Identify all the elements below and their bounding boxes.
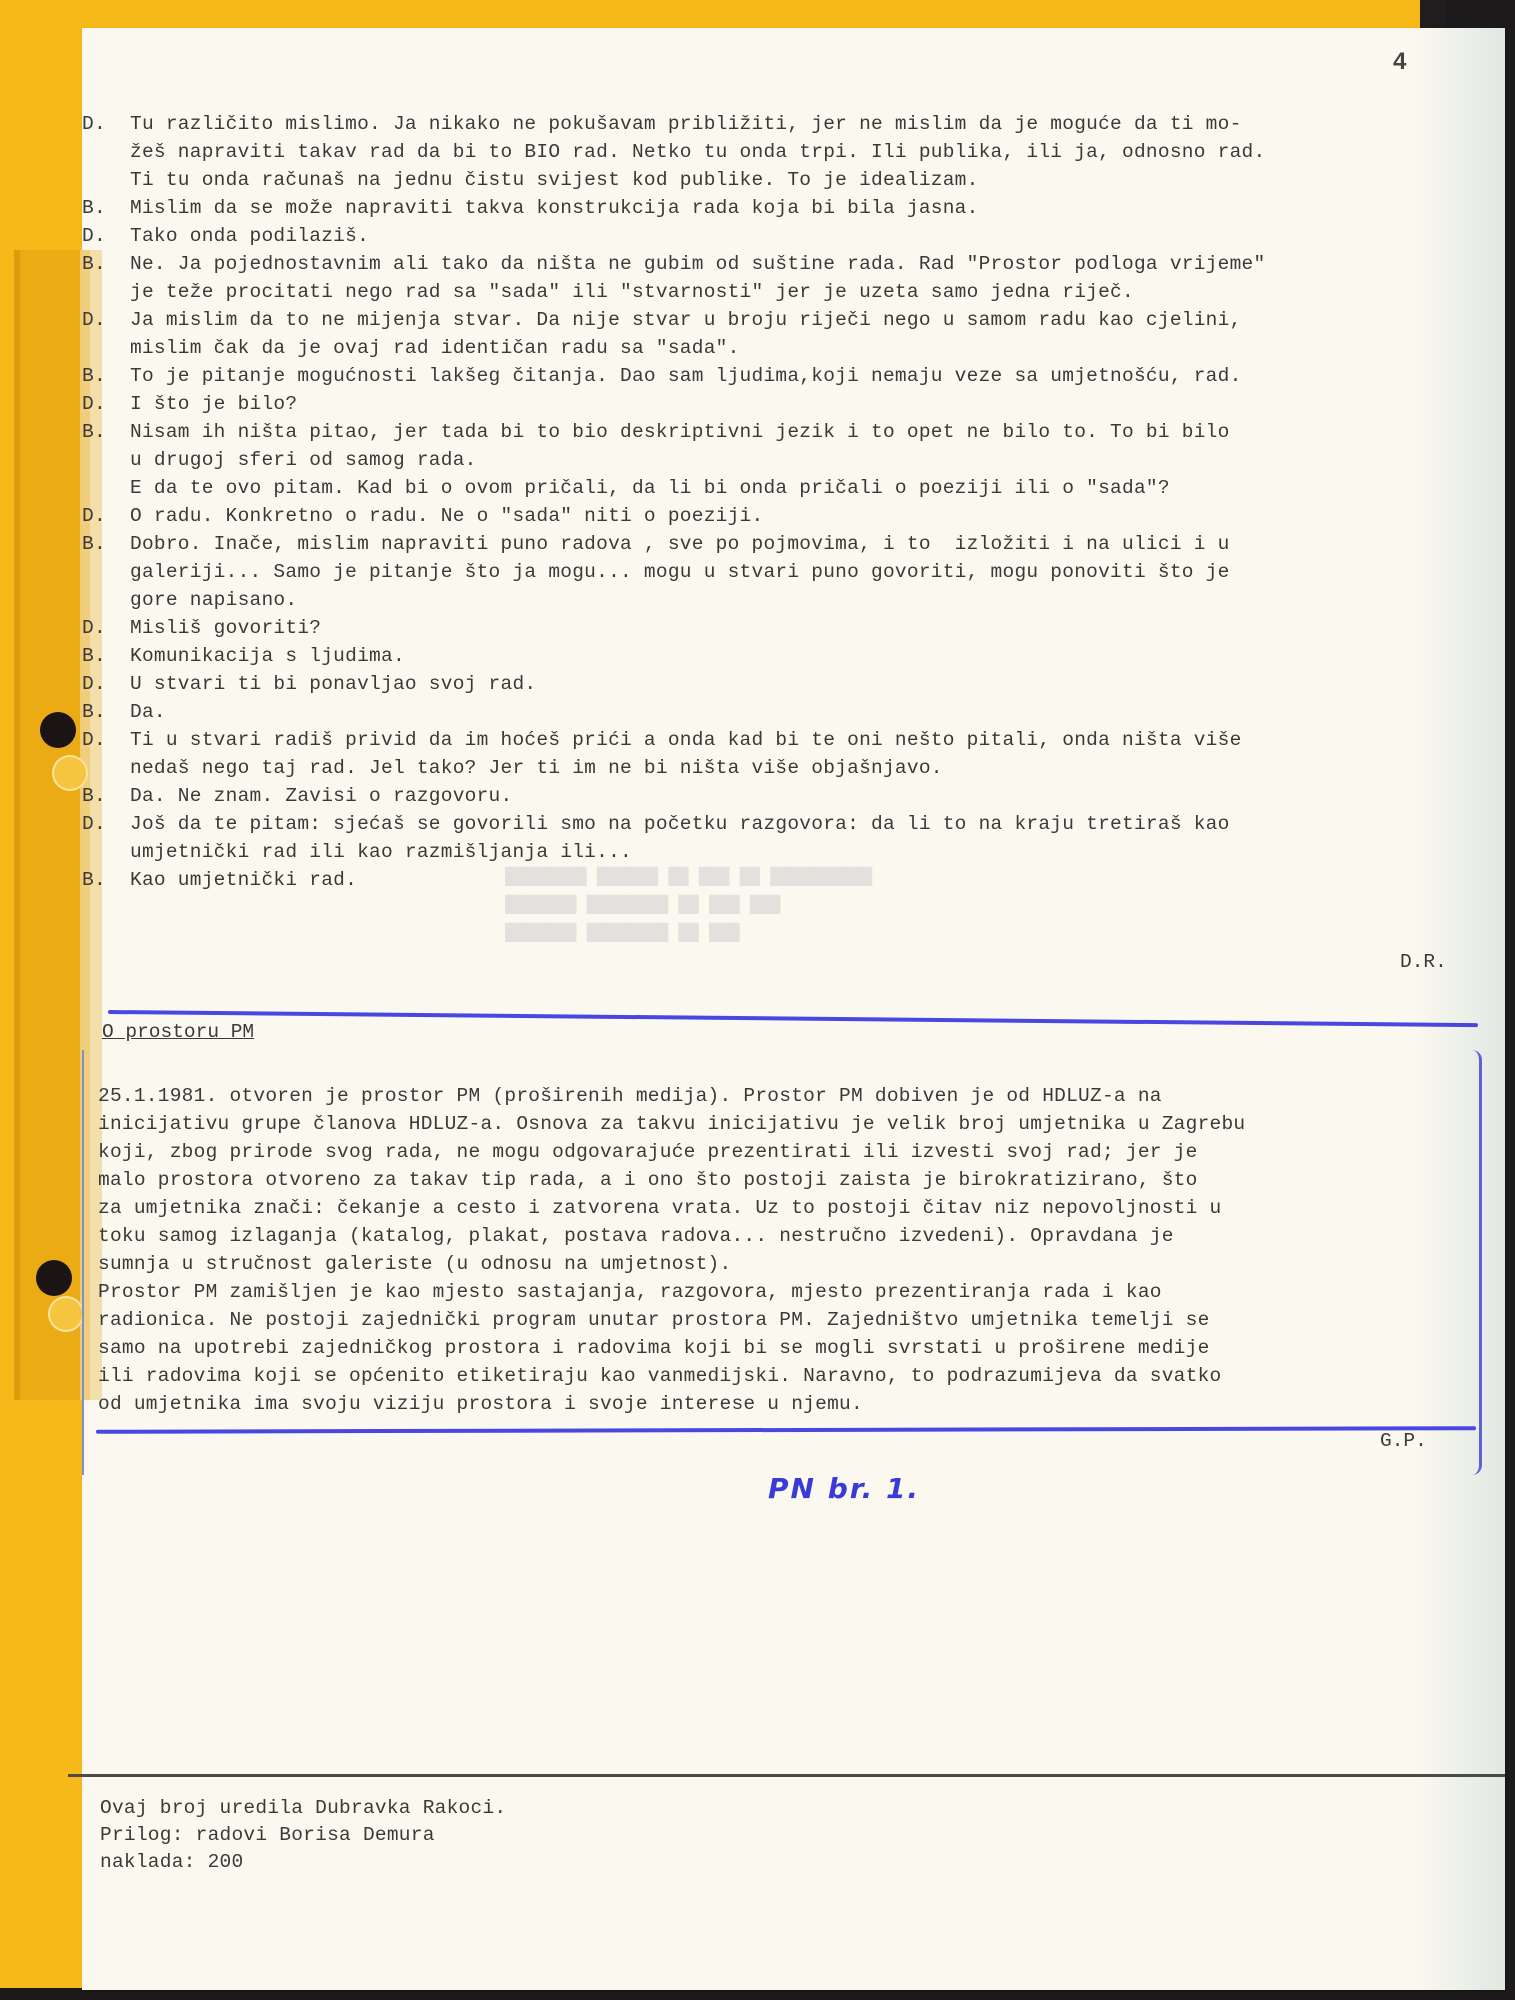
dialogue-text: Kao umjetnički rad. [130,869,357,891]
dialogue-text: Da. Ne znam. Zavisi o razgovoru. [130,785,512,807]
speaker-initial: D. [82,110,130,138]
section-line: koji, zbog prirode svog rada, ne mogu od… [98,1138,1245,1166]
dialogue-line: B.Mislim da se može napraviti takva kons… [82,194,1265,222]
dialogue-text: Dobro. Inače, mislim napraviti puno rado… [130,533,1230,555]
dialogue-line: D.Misliš govoriti? [82,614,1265,642]
speaker-initial: B. [82,782,130,810]
dialogue-text: žeš napraviti takav rad da bi to BIO rad… [130,141,1265,163]
dialogue-line: B.To je pitanje mogućnosti lakšeg čitanj… [82,362,1265,390]
speaker-initial: B. [82,642,130,670]
binder-hole-icon [36,1260,72,1296]
dialogue-line: žeš napraviti takav rad da bi to BIO rad… [82,138,1265,166]
speaker-initial: B. [82,698,130,726]
section-line: toku samog izlaganja (katalog, plakat, p… [98,1222,1245,1250]
speaker-initial: D. [82,726,130,754]
speaker-initial: D. [82,502,130,530]
footer-divider [68,1774,1505,1777]
dialogue-text: Još da te pitam: sjećaš se govorili smo … [130,813,1230,835]
section-line: inicijativu grupe članova HDLUZ-a. Osnov… [98,1110,1245,1138]
section-body: 25.1.1981. otvoren je prostor PM (prošir… [98,1082,1245,1418]
dialogue-line: mislim čak da je ovaj rad identičan radu… [82,334,1265,362]
dialogue-line: Ti tu onda računaš na jednu čistu svijes… [82,166,1265,194]
section-line: ili radovima koji se općenito etiketiraj… [98,1362,1245,1390]
speaker-initial: D. [82,222,130,250]
dialogue-line: nedaš nego taj rad. Jel tako? Jer ti im … [82,754,1265,782]
dialogue-line: umjetnički rad ili kao razmišljanja ili.… [82,838,1265,866]
dialogue-text: galeriji... Samo je pitanje što ja mogu.… [130,561,1230,583]
dialogue-text: Nisam ih ništa pitao, jer tada bi to bio… [130,421,1230,443]
section-line: 25.1.1981. otvoren je prostor PM (prošir… [98,1082,1245,1110]
handwritten-note: PN br. 1. [768,1472,920,1505]
speaker-initial: D. [82,670,130,698]
dialogue-line: D.Još da te pitam: sjećaš se govorili sm… [82,810,1265,838]
colophon: Ovaj broj uredila Dubravka Rakoci.Prilog… [100,1795,506,1876]
section-signature: G.P. [1380,1430,1427,1452]
speaker-initial: B. [82,194,130,222]
dialogue-line: B.Nisam ih ništa pitao, jer tada bi to b… [82,418,1265,446]
colophon-line: Prilog: radovi Borisa Demura [100,1822,506,1849]
speaker-initial: B. [82,866,130,894]
dialogue-text: je teže procitati nego rad sa "sada" ili… [130,281,1134,303]
binding-strip [14,250,90,1400]
dialogue-line: gore napisano. [82,586,1265,614]
speaker-initial: D. [82,614,130,642]
dialogue-text: O radu. Konkretno o radu. Ne o "sada" ni… [130,505,763,527]
dialogue-line: D.Ti u stvari radiš privid da im hoćeš p… [82,726,1265,754]
dialogue-text: mislim čak da je ovaj rad identičan radu… [130,337,740,359]
dialogue-line: B.Kao umjetnički rad. [82,866,1265,894]
dialogue-line: D.Tako onda podilaziš. [82,222,1265,250]
speaker-initial: D. [82,810,130,838]
dialogue-line: B.Dobro. Inače, mislim napraviti puno ra… [82,530,1265,558]
dialogue-text: Ja mislim da to ne mijenja stvar. Da nij… [130,309,1242,331]
dialogue-line: je teže procitati nego rad sa "sada" ili… [82,278,1265,306]
dialogue-line: u drugoj sferi od samog rada. [82,446,1265,474]
dialogue-text: gore napisano. [130,589,297,611]
dialogue-text: E da te ovo pitam. Kad bi o ovom pričali… [130,477,1170,499]
dialogue-line: D.Tu različito mislimo. Ja nikako ne pok… [82,110,1265,138]
colophon-line: Ovaj broj uredila Dubravka Rakoci. [100,1795,506,1822]
dialogue-text: Tako onda podilaziš. [130,225,369,247]
dialogue-text: Mislim da se može napraviti takva konstr… [130,197,979,219]
binder-hole-icon [40,712,76,748]
section-line: Prostor PM zamišljen je kao mjesto sasta… [98,1278,1245,1306]
dialogue-line: E da te ovo pitam. Kad bi o ovom pričali… [82,474,1265,502]
section-title: O prostoru PM [102,1021,254,1043]
dialogue-line: B.Da. [82,698,1265,726]
speaker-initial: B. [82,530,130,558]
section-line: samo na upotrebi zajedničkog prostora i … [98,1334,1245,1362]
section-line: za umjetnika znači: čekanje a cesto i za… [98,1194,1245,1222]
speaker-initial: B. [82,362,130,390]
dialogue-line: D.I što je bilo? [82,390,1265,418]
dialogue-line: B.Da. Ne znam. Zavisi o razgovoru. [82,782,1265,810]
dialogue-text: U stvari ti bi ponavljao svoj rad. [130,673,536,695]
dialogue-text: u drugoj sferi od samog rada. [130,449,477,471]
section-line: sumnja u stručnost galeriste (u odnosu n… [98,1250,1245,1278]
dialogue-text: Misliš govoriti? [130,617,321,639]
speaker-initial: B. [82,250,130,278]
binder-hole-icon [48,1296,84,1332]
dialogue-line: D.Ja mislim da to ne mijenja stvar. Da n… [82,306,1265,334]
dialogue-text: umjetnički rad ili kao razmišljanja ili.… [130,841,632,863]
speaker-initial: B. [82,418,130,446]
dialogue-line: D.O radu. Konkretno o radu. Ne o "sada" … [82,502,1265,530]
dialogue-text: To je pitanje mogućnosti lakšeg čitanja.… [130,365,1242,387]
dialogue-text: Komunikacija s ljudima. [130,645,405,667]
dialogue-signature: D.R. [1400,951,1447,973]
dialogue-line: galeriji... Samo je pitanje što ja mogu.… [82,558,1265,586]
dialogue-text: nedaš nego taj rad. Jel tako? Jer ti im … [130,757,943,779]
dialogue-text: Da. [130,701,166,723]
dialogue-line: B.Komunikacija s ljudima. [82,642,1265,670]
speaker-initial: D. [82,390,130,418]
section-line: malo prostora otvoreno za takav tip rada… [98,1166,1245,1194]
section-line: od umjetnika ima svoju viziju prostora i… [98,1390,1245,1418]
page-number: 4 [1393,48,1406,76]
page-shadow-edge [1415,28,1505,1990]
dialogue-text: Ne. Ja pojednostavnim ali tako da ništa … [130,253,1265,275]
speaker-initial: D. [82,306,130,334]
section-line: radionica. Ne postoji zajednički program… [98,1306,1245,1334]
dialogue-text: I što je bilo? [130,393,297,415]
bleed-through-text: ███████ ████████ ██ ███ [505,920,740,948]
dialogue-text: Ti tu onda računaš na jednu čistu svijes… [130,169,979,191]
bleed-through-text: ███████ ████████ ██ ███ ███ [505,892,780,920]
dialogue-line: D.U stvari ti bi ponavljao svoj rad. [82,670,1265,698]
interview-dialogue: D.Tu različito mislimo. Ja nikako ne pok… [82,110,1265,894]
dialogue-line: B.Ne. Ja pojednostavnim ali tako da ništ… [82,250,1265,278]
colophon-line: naklada: 200 [100,1849,506,1876]
dialogue-text: Tu različito mislimo. Ja nikako ne pokuš… [130,113,1242,135]
dialogue-text: Ti u stvari radiš privid da im hoćeš pri… [130,729,1242,751]
